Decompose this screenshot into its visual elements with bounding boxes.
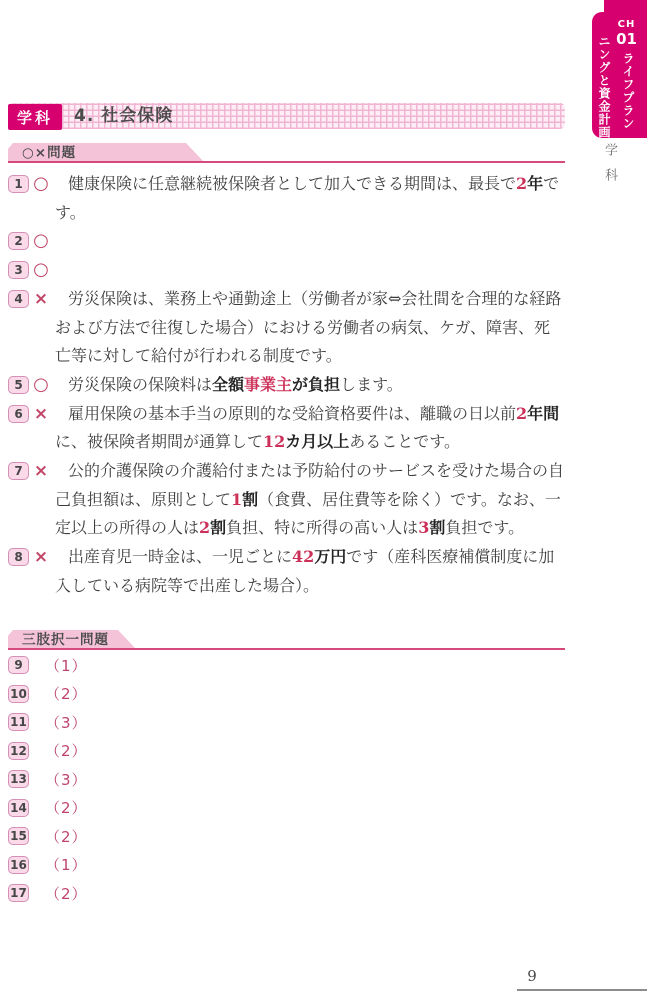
item-text: 出産育児一時金は、一児ごとに42万円です（産科医療補償制度に加入している病院等で…: [55, 543, 565, 600]
book-page: CH 01 ライフプラン ニングと資金計画 学科 学科 4. 社会保険 ○×問題…: [0, 0, 647, 1000]
text-segment: 年: [527, 174, 543, 193]
item-number-badge: 2: [8, 232, 29, 250]
item-number-badge: 17: [8, 884, 29, 902]
choice-item-row: 10（2）: [8, 685, 88, 703]
text-segment: に、被保険者期間が通算して: [55, 432, 263, 451]
item-number-badge: 11: [8, 713, 29, 731]
text-segment: 負担です。: [445, 518, 524, 537]
answer-mark: ○: [32, 256, 50, 285]
choice-section-divider-line: [8, 648, 565, 650]
item-number-badge: 9: [8, 656, 29, 674]
text-segment: 42: [292, 547, 314, 566]
answer-mark: ○: [32, 170, 50, 199]
item-text: 雇用保険の基本手当の原則的な受給資格要件は、離職の日以前2年間に、被保険者期間が…: [55, 400, 565, 457]
item-text: 公的介護保険の介護給付または予防給付のサービスを受けた場合の自己負担額は、原則と…: [55, 457, 565, 543]
item-number-badge: 8: [8, 548, 29, 566]
text-segment: 割: [429, 518, 445, 537]
choice-item-row: 11（3）: [8, 713, 88, 731]
text-segment: 2: [516, 174, 527, 193]
choice-answer: （2）: [45, 740, 88, 761]
ox-section-banner: ○×問題: [8, 143, 204, 162]
answer-mark: ×: [32, 543, 50, 572]
choice-item-row: 13（3）: [8, 770, 88, 788]
ox-item-row: 5○労災保険の保険料は全額事業主が負担します。: [8, 371, 565, 400]
choice-section-banner: 三肢択一問題: [8, 630, 136, 649]
text-segment: 事業主: [244, 375, 292, 394]
text-segment: 割: [210, 518, 226, 537]
section-title: 4. 社会保険: [74, 103, 173, 129]
item-number-badge: 7: [8, 462, 29, 480]
item-number-badge: 14: [8, 799, 29, 817]
text-segment: あることです。: [349, 432, 460, 451]
chapter-number: 01: [610, 30, 643, 48]
item-number-badge: 4: [8, 290, 29, 308]
item-number-badge: 13: [8, 770, 29, 788]
ox-item-row: 1○健康保険に任意継続被保険者として加入できる期間は、最長で2年です。: [8, 170, 565, 227]
item-number-badge: 6: [8, 405, 29, 423]
text-segment: 年間: [527, 404, 559, 423]
choice-answer: （2）: [45, 883, 88, 904]
answer-mark: ○: [32, 227, 50, 256]
item-text: 労災保険は、業務上や通勤途上（労働者が家⇔会社間を合理的な経路および方法で往復し…: [55, 285, 565, 371]
choice-answer: （3）: [45, 712, 88, 733]
item-number-badge: 5: [8, 376, 29, 394]
item-number-badge: 16: [8, 856, 29, 874]
item-number-badge: 12: [8, 742, 29, 760]
text-segment: 1: [231, 490, 242, 509]
item-text: 健康保険に任意継続被保険者として加入できる期間は、最長で2年です。: [55, 170, 565, 227]
ox-item-row: 2○: [8, 227, 565, 256]
choice-item-row: 12（2）: [8, 742, 88, 760]
text-segment: 万円: [314, 547, 346, 566]
text-segment: 全額: [212, 375, 244, 394]
text-segment: 労災保険の保険料は: [68, 375, 212, 394]
choice-answer: （2）: [45, 797, 88, 818]
choice-answer: （2）: [45, 826, 88, 847]
text-segment: 3: [418, 518, 429, 537]
item-number-badge: 1: [8, 175, 29, 193]
choice-answer: （2）: [45, 683, 88, 704]
choice-answer: （3）: [45, 769, 88, 790]
answer-mark: ○: [32, 371, 50, 400]
choice-item-row: 16（1）: [8, 856, 88, 874]
text-segment: 労災保険は、業務上や通勤途上（労働者が家⇔会社間を合理的な経路および方法で往復し…: [55, 289, 561, 365]
ox-item-list: 1○健康保険に任意継続被保険者として加入できる期間は、最長で2年です。2○3○4…: [8, 170, 565, 601]
text-segment: します。: [340, 375, 403, 394]
footer-line: [517, 989, 647, 991]
choice-answer: （1）: [45, 854, 88, 875]
ox-item-row: 6×雇用保険の基本手当の原則的な受給資格要件は、離職の日以前2年間に、被保険者期…: [8, 400, 565, 457]
text-segment: 2: [516, 404, 527, 423]
subject-badge: 学科: [8, 104, 62, 130]
answer-mark: ×: [32, 400, 50, 429]
chapter-title-line2: ニングと資金計画: [596, 35, 613, 139]
text-segment: 負担、特に所得の高い人は: [226, 518, 418, 537]
ox-item-row: 8×出産育児一時金は、一児ごとに42万円です（産科医療補償制度に加入している病院…: [8, 543, 565, 600]
text-segment: カ月以上: [285, 432, 349, 451]
ox-item-row: 3○: [8, 256, 565, 285]
text-segment: 12: [263, 432, 285, 451]
ox-item-row: 4×労災保険は、業務上や通勤途上（労働者が家⇔会社間を合理的な経路および方法で往…: [8, 285, 565, 371]
ox-section-divider-line: [8, 161, 565, 163]
text-segment: 健康保険に任意継続被保険者として加入できる期間は、最長で: [68, 174, 516, 193]
item-text: 労災保険の保険料は全額事業主が負担します。: [55, 371, 565, 400]
item-number-badge: 15: [8, 827, 29, 845]
text-segment: 雇用保険の基本手当の原則的な受給資格要件は、離職の日以前: [68, 404, 516, 423]
text-segment: 出産育児一時金は、一児ごとに: [68, 547, 292, 566]
text-segment: 2: [199, 518, 210, 537]
answer-mark: ×: [32, 285, 50, 314]
ox-item-row: 7×公的介護保険の介護給付または予防給付のサービスを受けた場合の自己負担額は、原…: [8, 457, 565, 543]
chapter-label: CH: [610, 19, 643, 30]
text-segment: 割: [242, 490, 258, 509]
answer-mark: ×: [32, 457, 50, 486]
choice-item-row: 14（2）: [8, 799, 88, 817]
choice-answer: （1）: [45, 655, 88, 676]
chapter-title-line1: ライフプラン: [620, 52, 637, 130]
choice-item-row: 15（2）: [8, 827, 88, 845]
side-label-gakka: 学科: [600, 143, 619, 193]
choice-item-row: 9（1）: [8, 656, 88, 674]
page-number: 9: [517, 967, 547, 985]
text-segment: が負担: [292, 375, 340, 394]
item-number-badge: 10: [8, 685, 29, 703]
item-number-badge: 3: [8, 261, 29, 279]
choice-item-row: 17（2）: [8, 884, 88, 902]
choice-item-list: 9（1）10（2）11（3）12（2）13（3）14（2）15（2）16（1）1…: [8, 656, 88, 902]
